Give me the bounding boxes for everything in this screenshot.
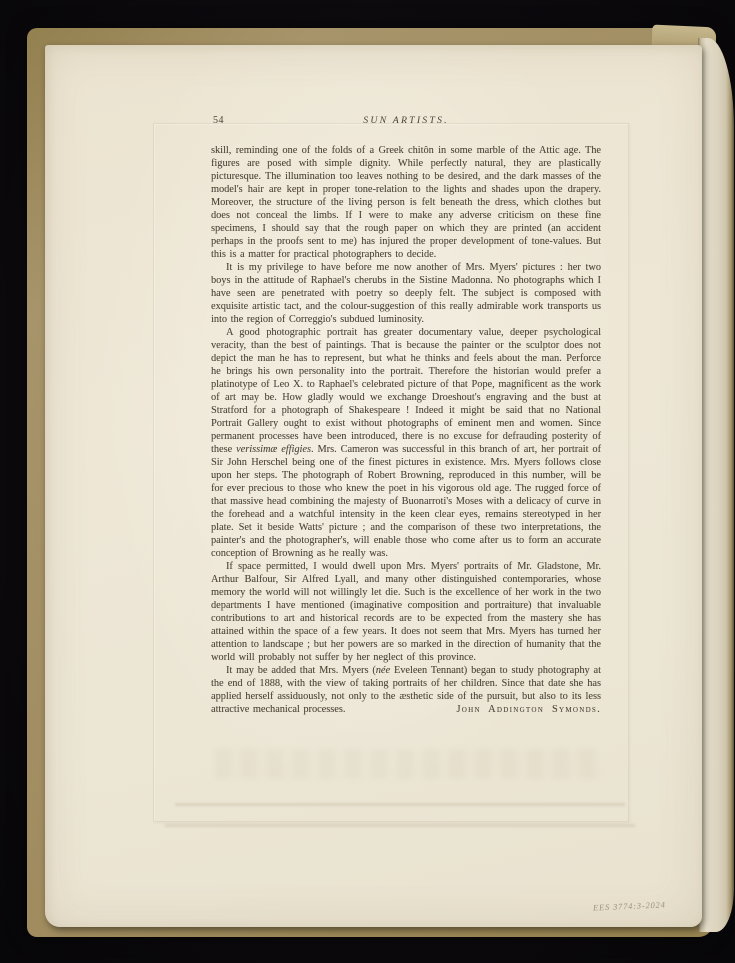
paragraph-text: If space permitted, I would dwell upon M… xyxy=(211,561,601,663)
author-signature: John Addington Symonds. xyxy=(456,704,601,715)
book-page: 54 SUN ARTISTS. skill, reminding one of … xyxy=(45,45,702,927)
paragraph: If space permitted, I would dwell upon M… xyxy=(211,560,601,664)
running-head: SUN ARTISTS. xyxy=(363,115,449,126)
paragraph: skill, reminding one of the folds of a G… xyxy=(211,144,601,261)
paragraph-text: It may be added that Mrs. Myers ( xyxy=(226,665,376,676)
italic-phrase: verissimæ effigies xyxy=(236,444,311,455)
text-block: skill, reminding one of the folds of a G… xyxy=(211,144,601,716)
photo-backdrop: 54 SUN ARTISTS. skill, reminding one of … xyxy=(0,0,735,963)
accession-inscription: EES 3774:3-2024 xyxy=(593,899,666,912)
paragraph: A good photographic portrait has greater… xyxy=(211,326,601,560)
paragraph: It is my privilege to have before me now… xyxy=(211,261,601,326)
paragraph-text: skill, reminding one of the folds of a G… xyxy=(211,145,601,260)
page-header: 54 SUN ARTISTS. xyxy=(211,115,601,127)
page-number: 54 xyxy=(213,115,224,126)
show-through-line xyxy=(165,824,635,827)
text-area: 54 SUN ARTISTS. skill, reminding one of … xyxy=(211,115,601,716)
paragraph-text: It is my privilege to have before me now… xyxy=(211,262,601,325)
page-fore-edges xyxy=(698,38,734,932)
italic-phrase: née xyxy=(376,665,390,676)
paragraph-text: . Mrs. Cameron was successful in this br… xyxy=(211,444,601,559)
paragraph-text: A good photographic portrait has greater… xyxy=(211,327,601,455)
